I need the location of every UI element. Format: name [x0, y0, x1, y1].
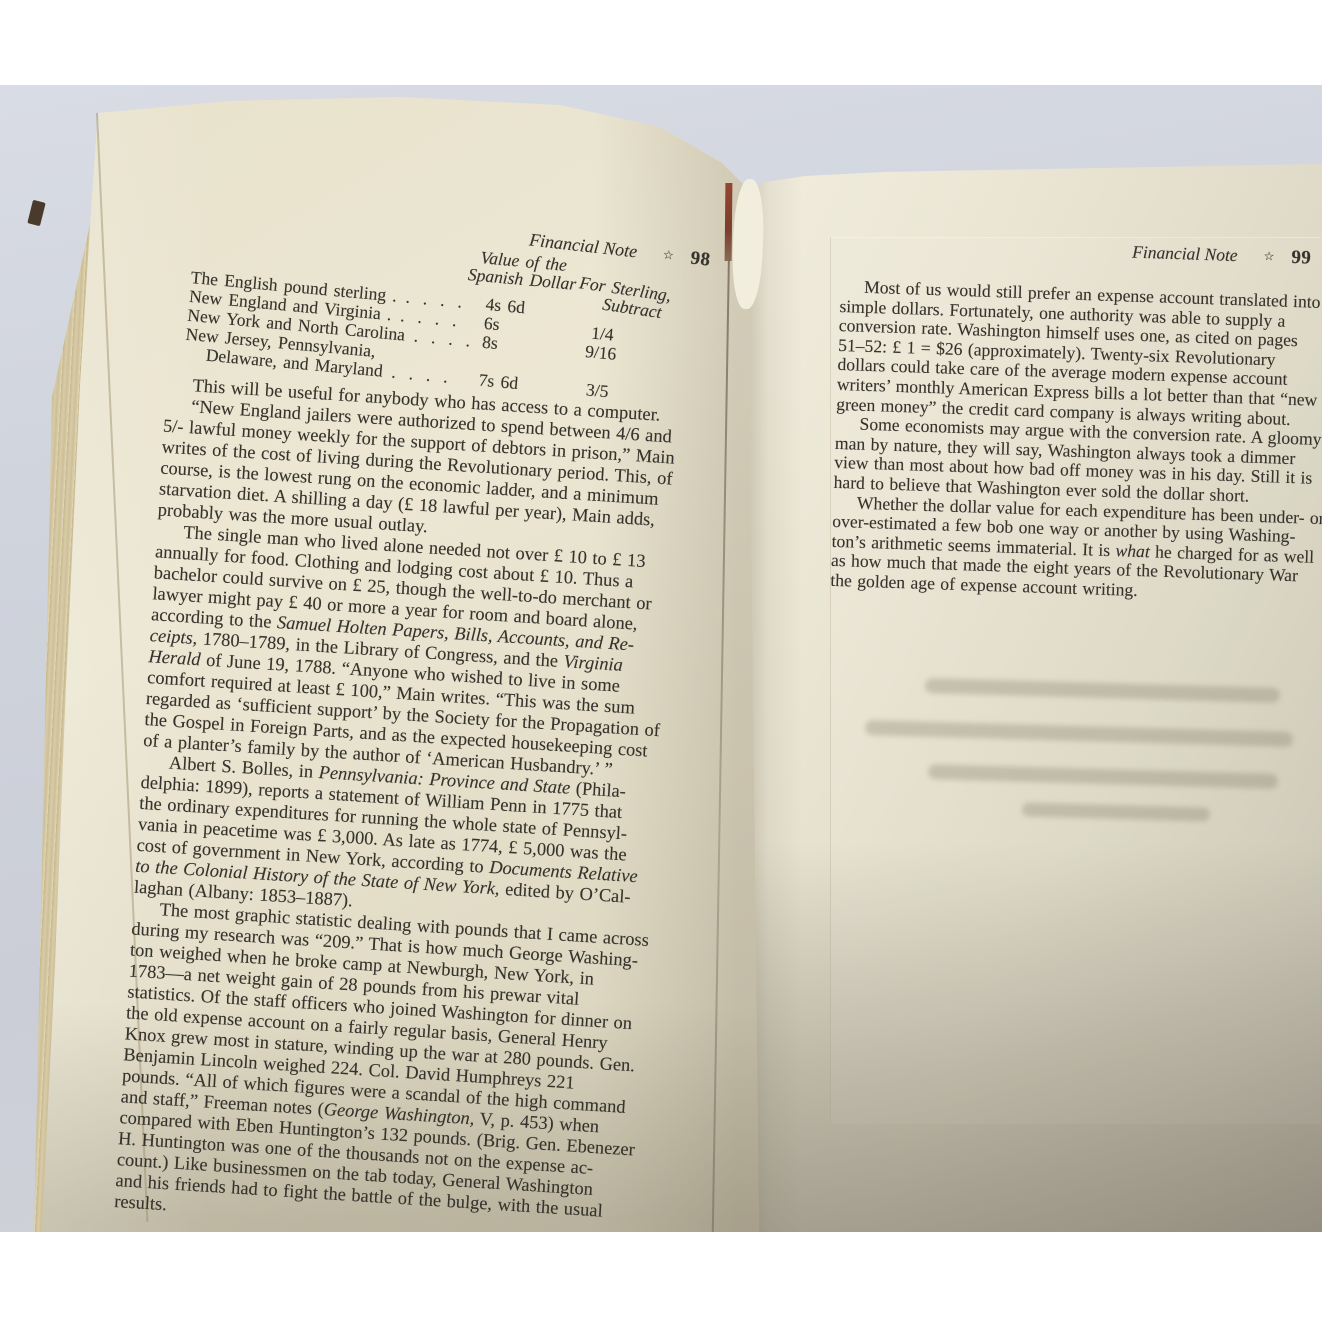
book-cover-corner: [27, 200, 45, 226]
left-page-body: This will be useful for anybody who has …: [114, 374, 706, 1232]
spine-binding: [725, 183, 733, 261]
book-photo: Financial Note☆98 Value of the Spanish D…: [0, 0, 1322, 1322]
left-page-text: Financial Note☆98 Value of the Spanish D…: [114, 189, 717, 1232]
right-page-number: 99: [1291, 247, 1312, 269]
right-page-text: Financial Note☆99 Most of us would still…: [830, 231, 1322, 610]
text-segment: results.: [114, 1191, 168, 1214]
running-header-title: Financial Note: [1132, 242, 1238, 265]
italic-text: Virginia: [563, 651, 623, 675]
white-letterbox-bottom: [0, 1232, 1322, 1322]
text-segment: (Phila-: [570, 778, 627, 801]
white-letterbox-top: [0, 0, 1322, 85]
spanish-dollar-value: 8s: [481, 333, 498, 353]
photo-area: Financial Note☆98 Value of the Spanish D…: [0, 85, 1322, 1232]
italic-text: ceipts,: [149, 625, 198, 648]
right-page-body: Most of us would still prefer an expense…: [830, 277, 1322, 610]
italic-text: what: [1115, 540, 1150, 561]
star-ornament-icon: ☆: [1263, 249, 1274, 263]
spanish-dollar-value: 7s 6d: [478, 371, 519, 393]
italic-text: Herald: [148, 646, 201, 669]
star-ornament-icon: ☆: [662, 247, 674, 262]
